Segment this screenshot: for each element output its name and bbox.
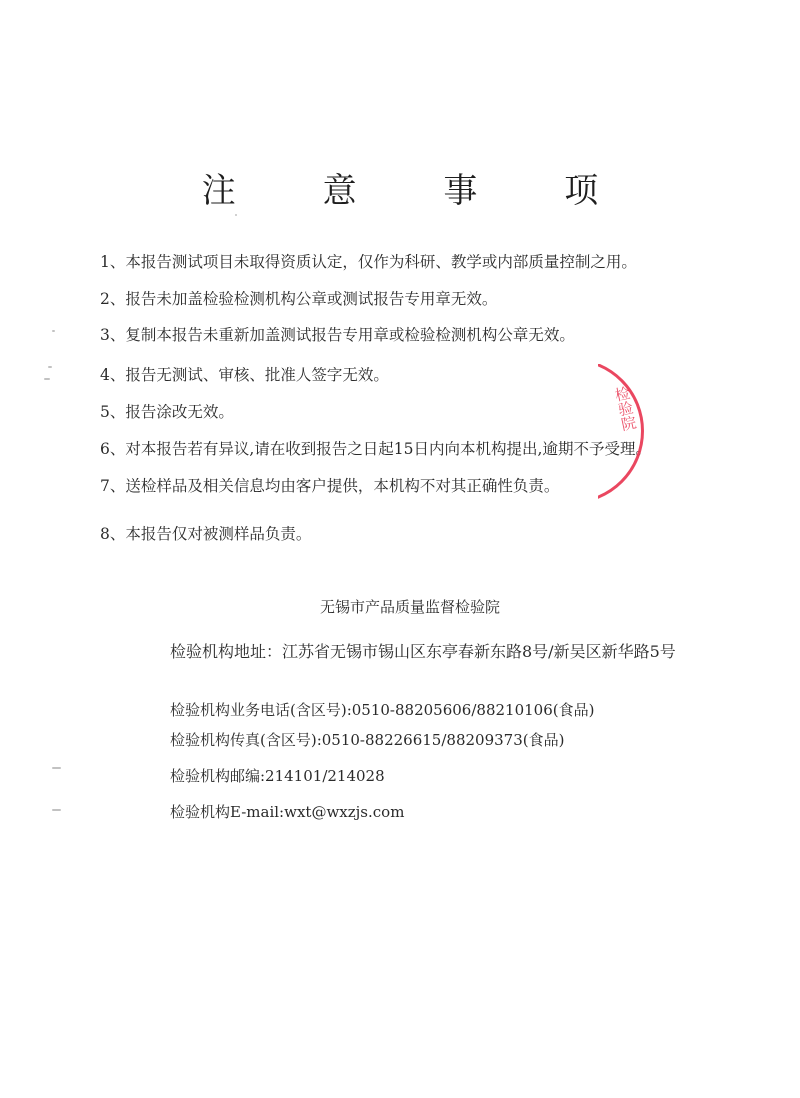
scan-speck <box>52 809 61 811</box>
contact-phone: 检验机构业务电话(含区号):0510-88205606/88210106(食品) <box>170 700 594 720</box>
notice-item-6: 6、对本报告若有异议,请在收到报告之日起15日内向本机构提出,逾期不予受理。 <box>100 439 651 459</box>
notice-item-7: 7、送检样品及相关信息均由客户提供，本机构不对其正确性负责。 <box>100 476 559 496</box>
notice-item-2: 2、报告未加盖检验检测机构公章或测试报告专用章无效。 <box>100 289 497 309</box>
scan-speck <box>235 214 237 216</box>
notice-item-1: 1、本报告测试项目未取得资质认定，仅作为科研、教学或内部质量控制之用。 <box>100 252 637 272</box>
notice-item-4: 4、报告无测试、审核、批准人签字无效。 <box>100 365 389 385</box>
scan-speck <box>52 330 55 332</box>
seal-text: 检验院 <box>612 385 639 433</box>
notice-item-5: 5、报告涂改无效。 <box>100 402 234 422</box>
contact-address: 检验机构地址：江苏省无锡市锡山区东亭春新东路8号/新吴区新华路5号 <box>170 642 676 662</box>
notice-item-8: 8、本报告仅对被测样品负责。 <box>100 524 311 544</box>
scan-speck <box>52 767 61 769</box>
contact-email: 检验机构E-mail:wxt@wxzjs.com <box>170 802 404 822</box>
contact-postcode: 检验机构邮编:214101/214028 <box>170 766 385 786</box>
page-title: 注 意 事 项 <box>0 163 800 212</box>
scan-speck <box>48 366 52 368</box>
scan-speck <box>44 378 50 380</box>
organization-name: 无锡市产品质量监督检验院 <box>0 596 800 617</box>
notice-item-3: 3、复制本报告未重新加盖测试报告专用章或检验检测机构公章无效。 <box>100 325 575 345</box>
contact-fax: 检验机构传真(含区号):0510-88226615/88209373(食品) <box>170 730 564 750</box>
